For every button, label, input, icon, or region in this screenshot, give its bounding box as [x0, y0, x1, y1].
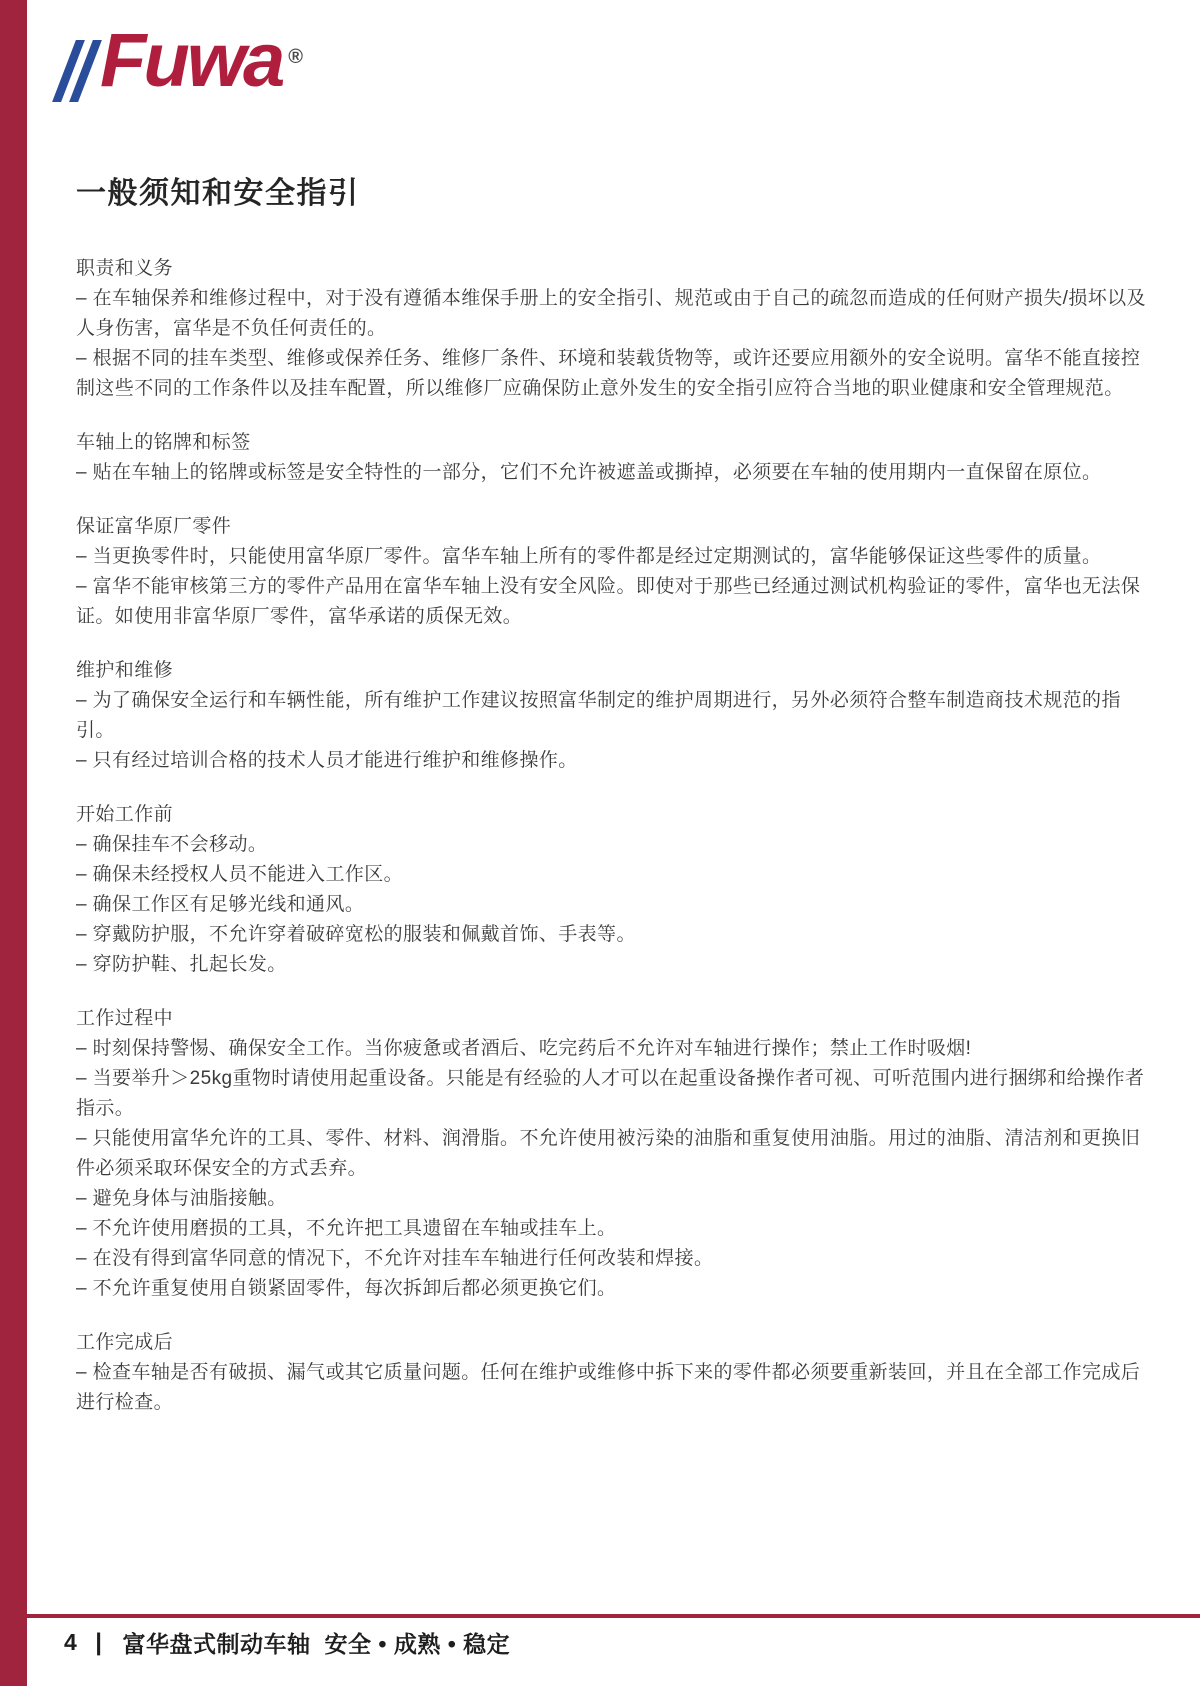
- paragraph-line: – 检查车轴是否有破损、漏气或其它质量问题。任何在维护或维修中拆下来的零件都必须…: [76, 1358, 1166, 1388]
- logo-stripes-icon: [64, 40, 90, 102]
- section-heading: 职责和义务: [76, 254, 1166, 284]
- paragraph-line: – 当要举升＞25kg重物时请使用起重设备。只能是有经验的人才可以在起重设备操作…: [76, 1064, 1166, 1094]
- left-accent-bar: [0, 0, 27, 1686]
- section-heading: 车轴上的铭牌和标签: [76, 428, 1166, 458]
- fuwa-logo: Fuwa ®: [64, 26, 303, 102]
- paragraph-line: – 只能使用富华允许的工具、零件、材料、润滑脂。不允许使用被污染的油脂和重复使用…: [76, 1124, 1166, 1154]
- section: 车轴上的铭牌和标签– 贴在车轴上的铭牌或标签是安全特性的一部分，它们不允许被遮盖…: [76, 428, 1166, 488]
- paragraph-line: 进行检查。: [76, 1388, 1166, 1418]
- registered-trademark-icon: ®: [288, 46, 303, 69]
- section-heading: 保证富华原厂零件: [76, 512, 1166, 542]
- paragraph-line: – 根据不同的挂车类型、维修或保养任务、维修厂条件、环境和装载货物等，或许还要应…: [76, 344, 1166, 374]
- content-sections: 职责和义务– 在车轴保养和维修过程中，对于没有遵循本维保手册上的安全指引、规范或…: [76, 254, 1166, 1442]
- paragraph-line: – 在没有得到富华同意的情况下，不允许对挂车车轴进行任何改装和焊接。: [76, 1244, 1166, 1274]
- paragraph-line: – 确保未经授权人员不能进入工作区。: [76, 860, 1166, 890]
- paragraph-line: 制这些不同的工作条件以及挂车配置，所以维修厂应确保防止意外发生的安全指引应符合当…: [76, 374, 1166, 404]
- footer-separator: |: [95, 1629, 102, 1657]
- section-heading: 工作过程中: [76, 1004, 1166, 1034]
- paragraph-line: – 为了确保安全运行和车辆性能，所有维护工作建议按照富华制定的维护周期进行，另外…: [76, 686, 1166, 716]
- paragraph-line: – 在车轴保养和维修过程中，对于没有遵循本维保手册上的安全指引、规范或由于自己的…: [76, 284, 1166, 314]
- page-footer: 4 | 富华盘式制动车轴 安全 • 成熟 • 稳定: [64, 1626, 510, 1659]
- section: 保证富华原厂零件– 当更换零件时，只能使用富华原厂零件。富华车轴上所有的零件都是…: [76, 512, 1166, 632]
- footer-product-name: 富华盘式制动车轴: [123, 1626, 311, 1659]
- section: 开始工作前– 确保挂车不会移动。– 确保未经授权人员不能进入工作区。– 确保工作…: [76, 800, 1166, 980]
- paragraph-line: 人身伤害，富华是不负任何责任的。: [76, 314, 1166, 344]
- paragraph-line: – 只有经过培训合格的技术人员才能进行维护和维修操作。: [76, 746, 1166, 776]
- paragraph-line: 证。如使用非富华原厂零件，富华承诺的质保无效。: [76, 602, 1166, 632]
- paragraph-line: 件必须采取环保安全的方式丢弃。: [76, 1154, 1166, 1184]
- logo-brand-text: Fuwa: [100, 26, 282, 96]
- paragraph-line: – 穿戴防护服，不允许穿着破碎宽松的服装和佩戴首饰、手表等。: [76, 920, 1166, 950]
- paragraph-line: – 当更换零件时，只能使用富华原厂零件。富华车轴上所有的零件都是经过定期测试的，…: [76, 542, 1166, 572]
- paragraph-line: 引。: [76, 716, 1166, 746]
- section-heading: 开始工作前: [76, 800, 1166, 830]
- section-heading: 维护和维修: [76, 656, 1166, 686]
- paragraph-line: – 时刻保持警惕、确保安全工作。当你疲惫或者酒后、吃完药后不允许对车轴进行操作；…: [76, 1034, 1166, 1064]
- paragraph-line: – 贴在车轴上的铭牌或标签是安全特性的一部分，它们不允许被遮盖或撕掉，必须要在车…: [76, 458, 1166, 488]
- paragraph-line: – 不允许使用磨损的工具，不允许把工具遗留在车轴或挂车上。: [76, 1214, 1166, 1244]
- paragraph-line: – 确保挂车不会移动。: [76, 830, 1166, 860]
- page-number: 4: [64, 1629, 77, 1656]
- section: 职责和义务– 在车轴保养和维修过程中，对于没有遵循本维保手册上的安全指引、规范或…: [76, 254, 1166, 404]
- section-heading: 工作完成后: [76, 1328, 1166, 1358]
- paragraph-line: – 穿防护鞋、扎起长发。: [76, 950, 1166, 980]
- page-title: 一般须知和安全指引: [76, 168, 360, 212]
- paragraph-line: 指示。: [76, 1094, 1166, 1124]
- paragraph-line: – 避免身体与油脂接触。: [76, 1184, 1166, 1214]
- paragraph-line: – 不允许重复使用自锁紧固零件，每次拆卸后都必须更换它们。: [76, 1274, 1166, 1304]
- section: 工作过程中– 时刻保持警惕、确保安全工作。当你疲惫或者酒后、吃完药后不允许对车轴…: [76, 1004, 1166, 1304]
- footer-divider-line: [27, 1614, 1200, 1618]
- paragraph-line: – 富华不能审核第三方的零件产品用在富华车轴上没有安全风险。即使对于那些已经通过…: [76, 572, 1166, 602]
- footer-tagline: 安全 • 成熟 • 稳定: [325, 1626, 511, 1659]
- section: 维护和维修– 为了确保安全运行和车辆性能，所有维护工作建议按照富华制定的维护周期…: [76, 656, 1166, 776]
- section: 工作完成后– 检查车轴是否有破损、漏气或其它质量问题。任何在维护或维修中拆下来的…: [76, 1328, 1166, 1418]
- paragraph-line: – 确保工作区有足够光线和通风。: [76, 890, 1166, 920]
